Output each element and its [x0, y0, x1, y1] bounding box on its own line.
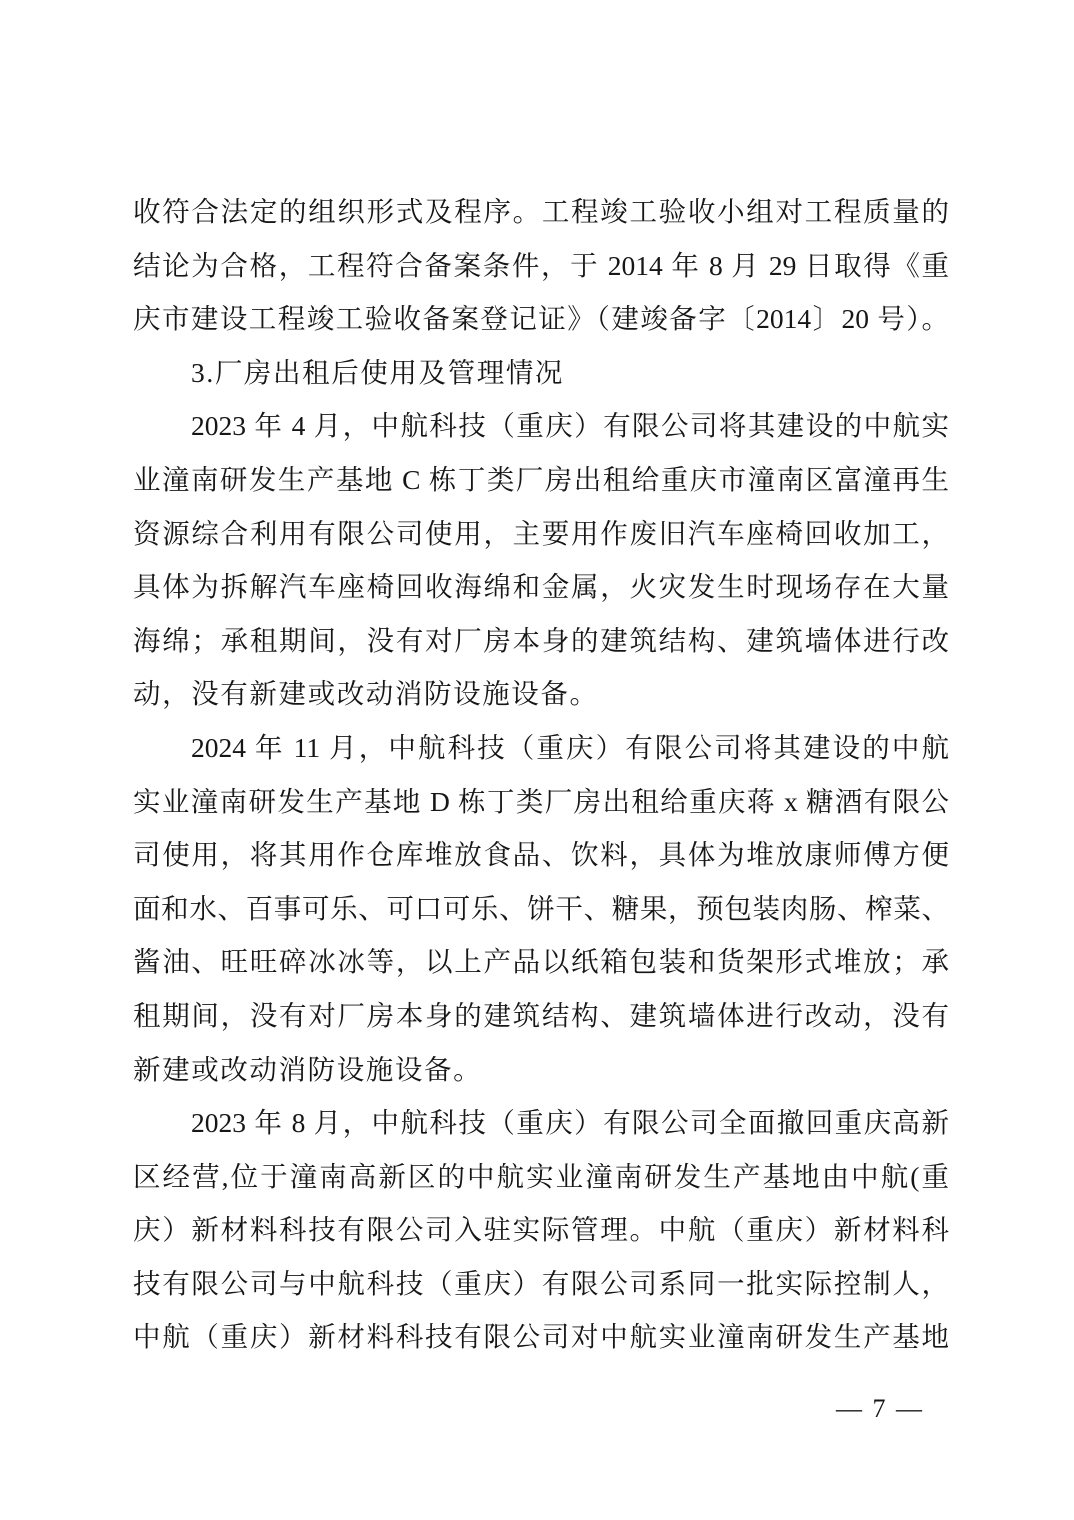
paragraph-lease-2023-04: 2023 年 4 月，中航科技（重庆）有限公司将其建设的中航实 业潼南研发生产基…	[133, 399, 949, 721]
text-line: 动，没有新建或改动消防设施设备。	[133, 667, 949, 721]
text-line: 收符合法定的组织形式及程序。工程竣工验收小组对工程质量的	[133, 185, 949, 239]
text-line: 具体为拆解汽车座椅回收海绵和金属，火灾发生时现场存在大量	[133, 560, 949, 614]
section-heading: 3.厂房出租后使用及管理情况	[133, 346, 949, 400]
text-line: 面和水、百事可乐、可口可乐、饼干、糖果，预包装肉肠、榨菜、	[133, 882, 949, 936]
text-line: 结论为合格，工程符合备案条件，于 2014 年 8 月 29 日取得《重	[133, 239, 949, 293]
text-line: 海绵；承租期间，没有对厂房本身的建筑结构、建筑墙体进行改	[133, 614, 949, 668]
paragraph-heading-3: 3.厂房出租后使用及管理情况	[133, 346, 949, 400]
document-page: 收符合法定的组织形式及程序。工程竣工验收小组对工程质量的 结论为合格，工程符合备…	[0, 0, 1074, 1520]
text-line: 资源综合利用有限公司使用，主要用作废旧汽车座椅回收加工，	[133, 507, 949, 561]
text-line: 技有限公司与中航科技（重庆）有限公司系同一批实际控制人，	[133, 1257, 949, 1311]
text-line: 2023 年 4 月，中航科技（重庆）有限公司将其建设的中航实	[133, 399, 949, 453]
text-line: 司使用，将其用作仓库堆放食品、饮料，具体为堆放康师傅方便	[133, 828, 949, 882]
text-line: 酱油、旺旺碎冰冰等，以上产品以纸箱包装和货架形式堆放；承	[133, 935, 949, 989]
text-line: 租期间，没有对厂房本身的建筑结构、建筑墙体进行改动，没有	[133, 989, 949, 1043]
text-line: 2024 年 11 月，中航科技（重庆）有限公司将其建设的中航	[133, 721, 949, 775]
page-number: — 7 —	[836, 1394, 924, 1424]
paragraph-acceptance: 收符合法定的组织形式及程序。工程竣工验收小组对工程质量的 结论为合格，工程符合备…	[133, 185, 949, 346]
text-column: 收符合法定的组织形式及程序。工程竣工验收小组对工程质量的 结论为合格，工程符合备…	[133, 185, 949, 1364]
text-line: 2023 年 8 月，中航科技（重庆）有限公司全面撤回重庆高新	[133, 1096, 949, 1150]
text-line: 庆市建设工程竣工验收备案登记证》（建竣备字〔2014〕20 号）。	[133, 292, 949, 346]
paragraph-management-2023-08: 2023 年 8 月，中航科技（重庆）有限公司全面撤回重庆高新 区经营,位于潼南…	[133, 1096, 949, 1364]
text-line: 实业潼南研发生产基地 D 栋丁类厂房出租给重庆蒋 x 糖酒有限公	[133, 775, 949, 829]
text-line: 新建或改动消防设施设备。	[133, 1043, 949, 1097]
text-line: 业潼南研发生产基地 C 栋丁类厂房出租给重庆市潼南区富潼再生	[133, 453, 949, 507]
text-line: 庆）新材料科技有限公司入驻实际管理。中航（重庆）新材料科	[133, 1203, 949, 1257]
text-line: 中航（重庆）新材料科技有限公司对中航实业潼南研发生产基地	[133, 1310, 949, 1364]
text-line: 区经营,位于潼南高新区的中航实业潼南研发生产基地由中航(重	[133, 1150, 949, 1204]
paragraph-lease-2024-11: 2024 年 11 月，中航科技（重庆）有限公司将其建设的中航 实业潼南研发生产…	[133, 721, 949, 1096]
